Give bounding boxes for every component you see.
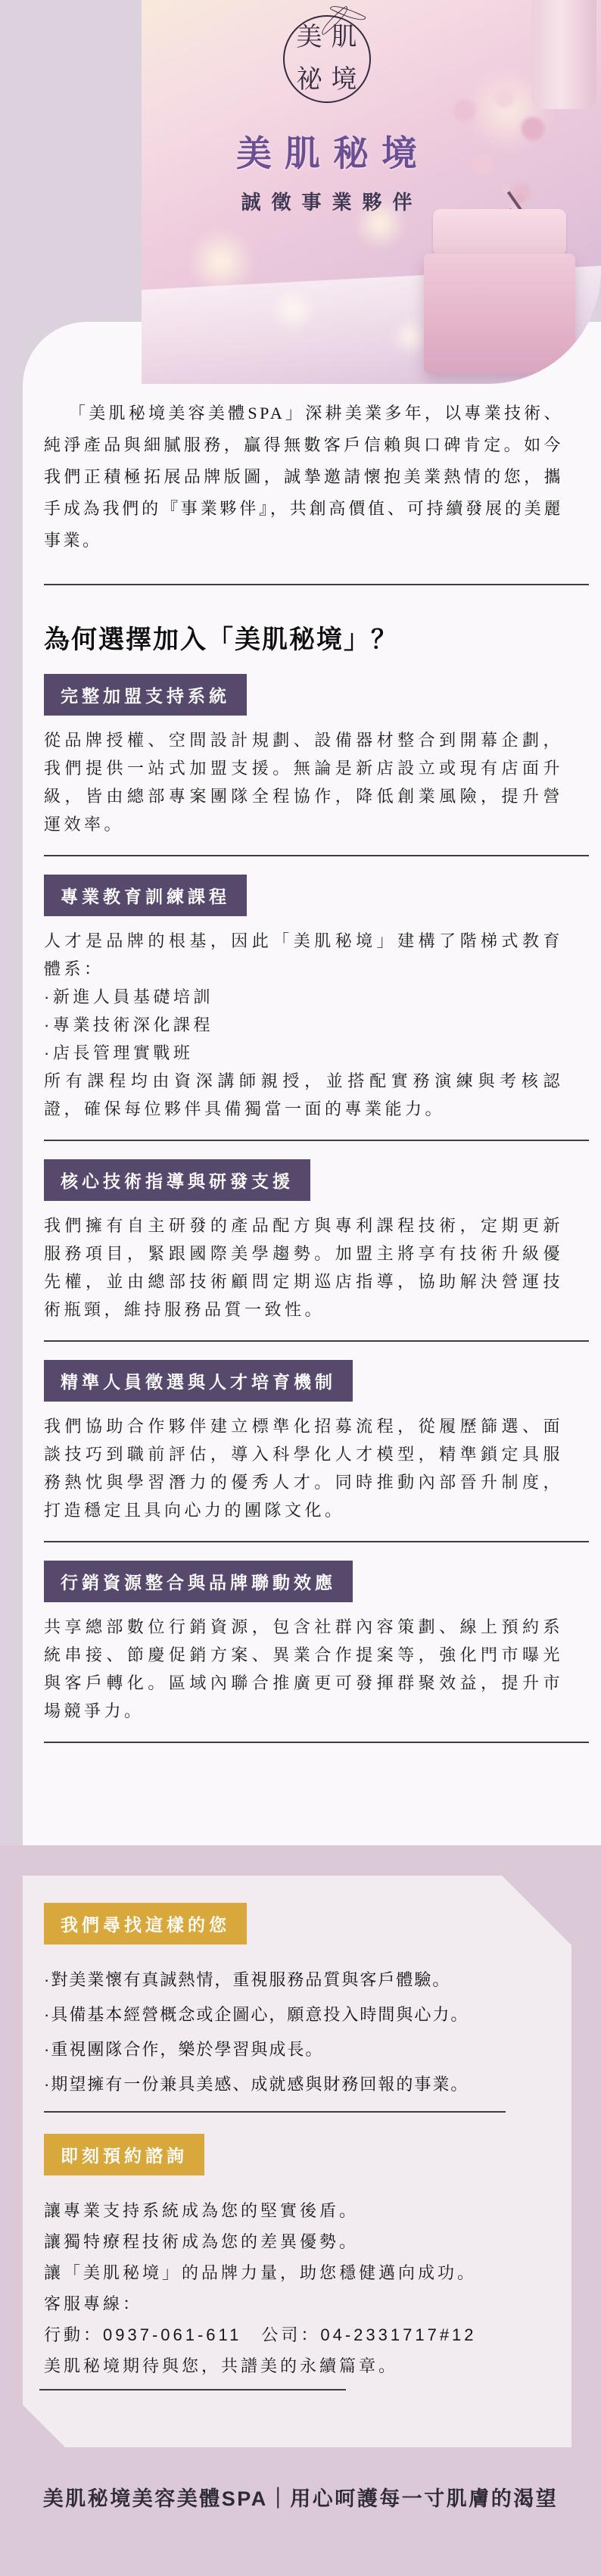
- section-body: 我們協助合作夥伴建立標準化招募流程，從履歷篩選、面談技巧到職前評估，導入科學化人…: [44, 1412, 563, 1524]
- footer-tagline: 美肌秘境美容美體SPA｜用心呵護每一寸肌膚的渴望: [0, 2482, 601, 2512]
- section-badge-training: 專業教育訓練課程: [44, 875, 247, 916]
- hotline-label: 客服專線：: [44, 2288, 546, 2319]
- logo-char: 美: [292, 23, 327, 53]
- list-item: ·對美業懷有真誠熱情，重視服務品質與客戶體驗。: [44, 1963, 546, 1997]
- hero-subtitle: 誠徵事業夥伴: [142, 187, 512, 215]
- list-item: ·具備基本經營概念或企圖心，願意投入時間與心力。: [44, 1997, 546, 2032]
- contact-line: 讓專業支持系統成為您的堅實後盾。: [44, 2195, 546, 2226]
- hero-banner: 美 肌 祕 境 美肌秘境 誠徵事業夥伴: [142, 0, 601, 384]
- section-body: 人才是品牌的根基，因此「美肌秘境」建構了階梯式教育體系： ·新進人員基礎培訓 ·…: [44, 927, 563, 1123]
- section-badge-recruiting: 精準人員徵選與人才培育機制: [44, 1360, 353, 1402]
- list-item: ·期望擁有一份兼具美感、成就感與財務回報的事業。: [44, 2067, 546, 2102]
- intro-paragraph: 「美肌秘境美容美體SPA」深耕美業多年，以專業技術、純淨產品與細膩服務，贏得無數…: [44, 398, 563, 557]
- contact-badge: 即刻預約諮詢: [44, 2134, 204, 2175]
- brand-title: 美肌秘境: [142, 126, 512, 176]
- contact-line: 讓獨特療程技術成為您的差異優勢。: [44, 2226, 546, 2257]
- seek-bullet-list: ·對美業懷有真誠熱情，重視服務品質與客戶體驗。 ·具備基本經營概念或企圖心，願意…: [44, 1963, 546, 2102]
- section-body: 從品牌授權、空間設計規劃、設備器材整合到開幕企劃，我們提供一站式加盟支援。無論是…: [44, 726, 563, 838]
- section-divider: [44, 1140, 589, 1141]
- why-join-heading: 為何選擇加入「美肌秘境」？: [44, 619, 563, 656]
- invite-card: 我們尋找這樣的您 ·對美業懷有真誠熱情，重視服務品質與客戶體驗。 ·具備基本經營…: [23, 1876, 571, 2447]
- brand-logo: 美 肌 祕 境: [283, 15, 371, 103]
- list-item: ·新進人員基礎培訓: [44, 983, 563, 1011]
- card-divider: [44, 2111, 506, 2113]
- contact-block: 讓專業支持系統成為您的堅實後盾。 讓獨特療程技術成為您的差異優勢。 讓「美肌秘境…: [44, 2195, 546, 2381]
- closing-line: 美肌秘境期待與您，共譜美的永續篇章。: [44, 2350, 546, 2381]
- invite-section: 我們尋找這樣的您 ·對美業懷有真誠熱情，重視服務品質與客戶體驗。 ·具備基本經營…: [0, 1845, 601, 2576]
- section-divider: [44, 855, 589, 856]
- section-body: 我們擁有自主研發的產品配方與專利課程技術，定期更新服務項目，緊跟國際美學趨勢。加…: [44, 1212, 563, 1324]
- main-content-card: 「美肌秘境美容美體SPA」深耕美業多年，以專業技術、純淨產品與細膩服務，贏得無數…: [23, 322, 601, 1845]
- logo-char: 祕: [292, 65, 327, 95]
- section-body: 共享總部數位行銷資源，包含社群內容策劃、線上預約系統串接、節慶促銷方案、異業合作…: [44, 1613, 563, 1725]
- logo-char: 境: [327, 65, 362, 95]
- phone-numbers[interactable]: 行動：0937-061-611 公司：04-2331717#12: [44, 2319, 546, 2350]
- list-item: ·店長管理實戰班: [44, 1039, 563, 1067]
- section-badge-franchise-support: 完整加盟支持系統: [44, 674, 247, 716]
- section-divider: [44, 584, 589, 585]
- section-badge-tech-rd: 核心技術指導與研發支援: [44, 1159, 310, 1201]
- cream-jar: [424, 209, 575, 373]
- cream-jar-lid: [433, 209, 566, 256]
- contact-line: 讓「美肌秘境」的品牌力量，助您穩健邁向成功。: [44, 2257, 546, 2288]
- section-badge-marketing: 行銷資源整合與品牌聯動效應: [44, 1561, 353, 1602]
- section-divider: [44, 1340, 589, 1342]
- cream-jar-body: [424, 254, 575, 373]
- body-line: 人才是品牌的根基，因此「美肌秘境」建構了階梯式教育體系：: [44, 931, 563, 978]
- section-divider: [44, 1541, 589, 1542]
- card-divider: [39, 2389, 346, 2390]
- list-item: ·重視團隊合作，樂於學習與成長。: [44, 2032, 546, 2067]
- list-item: ·專業技術深化課程: [44, 1011, 563, 1039]
- body-line: 所有課程均由資深講師親授，並搭配實務演練與考核認證，確保每位夥伴具備獨當一面的專…: [44, 1071, 563, 1118]
- seek-badge: 我們尋找這樣的您: [44, 1903, 247, 1944]
- section-divider: [44, 1742, 589, 1743]
